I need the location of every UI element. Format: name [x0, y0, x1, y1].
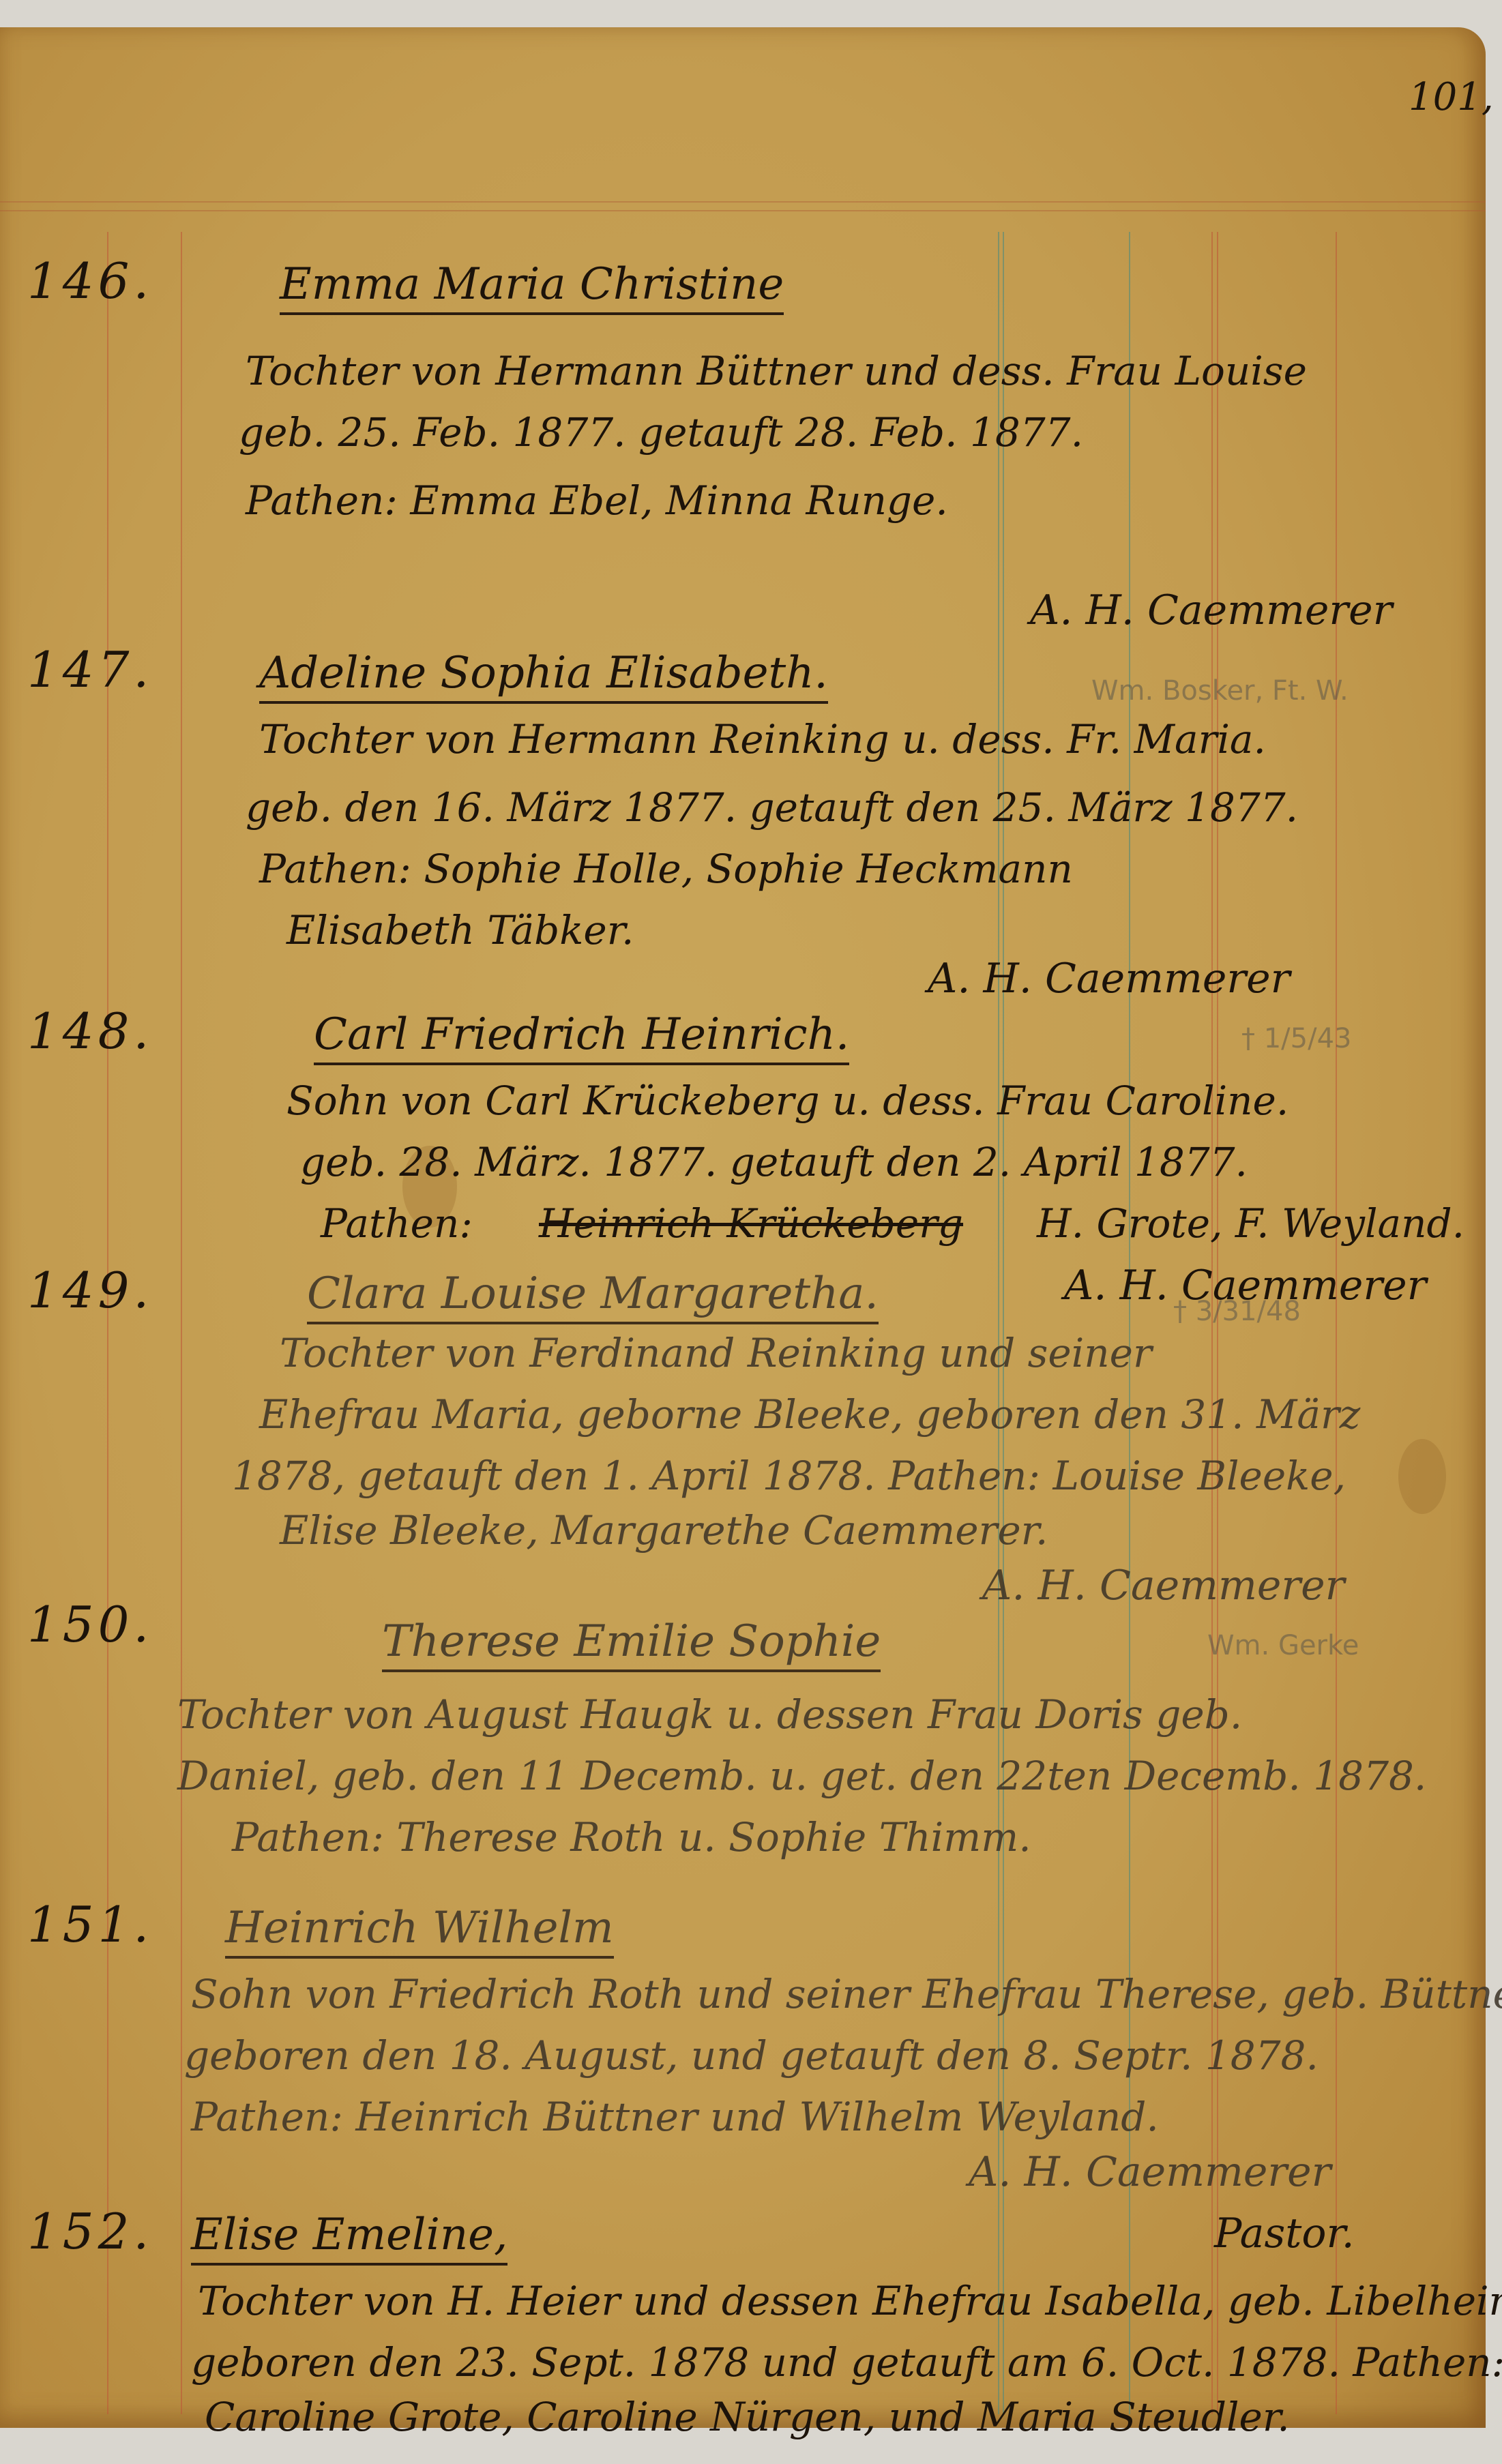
entry-number: 149. — [27, 1262, 153, 1319]
column-rule — [1129, 232, 1130, 2414]
pencil-annotation: Wm. Bosker, Ft. W. — [1091, 675, 1349, 707]
entry-line: H. Grote, F. Weyland. — [1037, 1200, 1464, 1247]
pastor-signature: A. H. Caemmerer — [982, 1562, 1344, 1609]
column-rule — [181, 232, 182, 2414]
page-number: 101, — [1409, 75, 1494, 119]
column-rule — [1003, 232, 1004, 2414]
pencil-annotation: Wm. Gerke — [1207, 1630, 1359, 1661]
pastor-signature: A. H. Caemmerer — [928, 955, 1290, 1003]
pencil-annotation: † 3/31/48 — [1173, 1296, 1301, 1327]
child-name: Emma Maria Christine — [280, 259, 784, 315]
child-name: Clara Louise Margaretha. — [307, 1268, 879, 1324]
column-rule — [1336, 232, 1337, 2414]
entry-line: Sohn von Carl Krückeberg u. dess. Frau C… — [286, 1078, 1289, 1124]
entry-line: Elisabeth Täbker. — [286, 907, 634, 953]
child-name: Carl Friedrich Heinrich. — [314, 1009, 849, 1065]
child-name: Elise Emeline, — [191, 2210, 507, 2266]
entry-number: 147. — [27, 641, 153, 698]
pastor-signature: A. H. Caemmerer — [1030, 587, 1392, 634]
entry-line: Tochter von Hermann Büttner und dess. Fr… — [246, 348, 1307, 394]
child-name: Heinrich Wilhelm — [225, 1903, 614, 1959]
header-rule-top — [0, 201, 1486, 203]
child-name: Therese Emilie Sophie — [382, 1616, 881, 1672]
entry-line: geboren den 23. Sept. 1878 und getauft a… — [191, 2339, 1502, 2386]
child-name: Adeline Sophia Elisabeth. — [259, 648, 828, 704]
entry-number: 146. — [27, 252, 153, 310]
entry-number: 152. — [27, 2203, 153, 2260]
entry-line: Tochter von Hermann Reinking u. dess. Fr… — [259, 716, 1266, 762]
entry-line: Pathen: Sophie Holle, Sophie Heckmann — [259, 846, 1073, 892]
pastor-title: Pastor. — [1214, 2210, 1355, 2257]
entry-line: Pathen: — [321, 1200, 473, 1247]
entry-line: Ehefrau Maria, geborne Bleeke, geboren d… — [259, 1391, 1360, 1438]
column-rule — [998, 232, 999, 2414]
header-rule-bottom — [0, 210, 1486, 211]
pencil-annotation: † 1/5/43 — [1241, 1023, 1351, 1054]
pastor-signature: A. H. Caemmerer — [969, 2148, 1331, 2196]
entry-line: Pathen: Therese Roth u. Sophie Thimm. — [232, 1814, 1031, 1860]
entry-line: geb. den 16. März 1877. getauft den 25. … — [246, 784, 1298, 831]
entry-line: geboren den 18. August, und getauft den … — [184, 2032, 1319, 2079]
entry-line: Elise Bleeke, Margarethe Caemmerer. — [280, 1507, 1048, 1554]
entry-number: 151. — [27, 1896, 153, 1953]
entry-line: Caroline Grote, Caroline Nürgen, und Mar… — [205, 2394, 1290, 2440]
entry-line: Sohn von Friedrich Roth und seiner Ehefr… — [191, 1971, 1502, 2017]
struck-sponsor: Heinrich Krückeberg — [539, 1200, 963, 1247]
entry-number: 148. — [27, 1003, 153, 1060]
entry-line: Tochter von H. Heier und dessen Ehefrau … — [198, 2278, 1502, 2324]
register-page: 101, 146. Emma Maria Christine Tochter v… — [0, 27, 1486, 2428]
column-rule — [107, 232, 108, 2414]
entry-line: Pathen: Heinrich Büttner und Wilhelm Wey… — [191, 2094, 1159, 2140]
entry-line: Tochter von August Haugk u. dessen Frau … — [177, 1691, 1242, 1738]
entry-number: 150. — [27, 1596, 153, 1653]
entry-line: 1878, getauft den 1. April 1878. Pathen:… — [232, 1453, 1346, 1499]
entry-line: Pathen: Emma Ebel, Minna Runge. — [246, 477, 948, 524]
entry-line: Daniel, geb. den 11 Decemb. u. get. den … — [177, 1753, 1426, 1799]
entry-line: Tochter von Ferdinand Reinking und seine… — [280, 1330, 1152, 1376]
entry-line: geb. 28. März. 1877. getauft den 2. Apri… — [300, 1139, 1248, 1185]
entry-line: geb. 25. Feb. 1877. getauft 28. Feb. 187… — [239, 409, 1083, 456]
paper-stain — [1398, 1439, 1446, 1514]
